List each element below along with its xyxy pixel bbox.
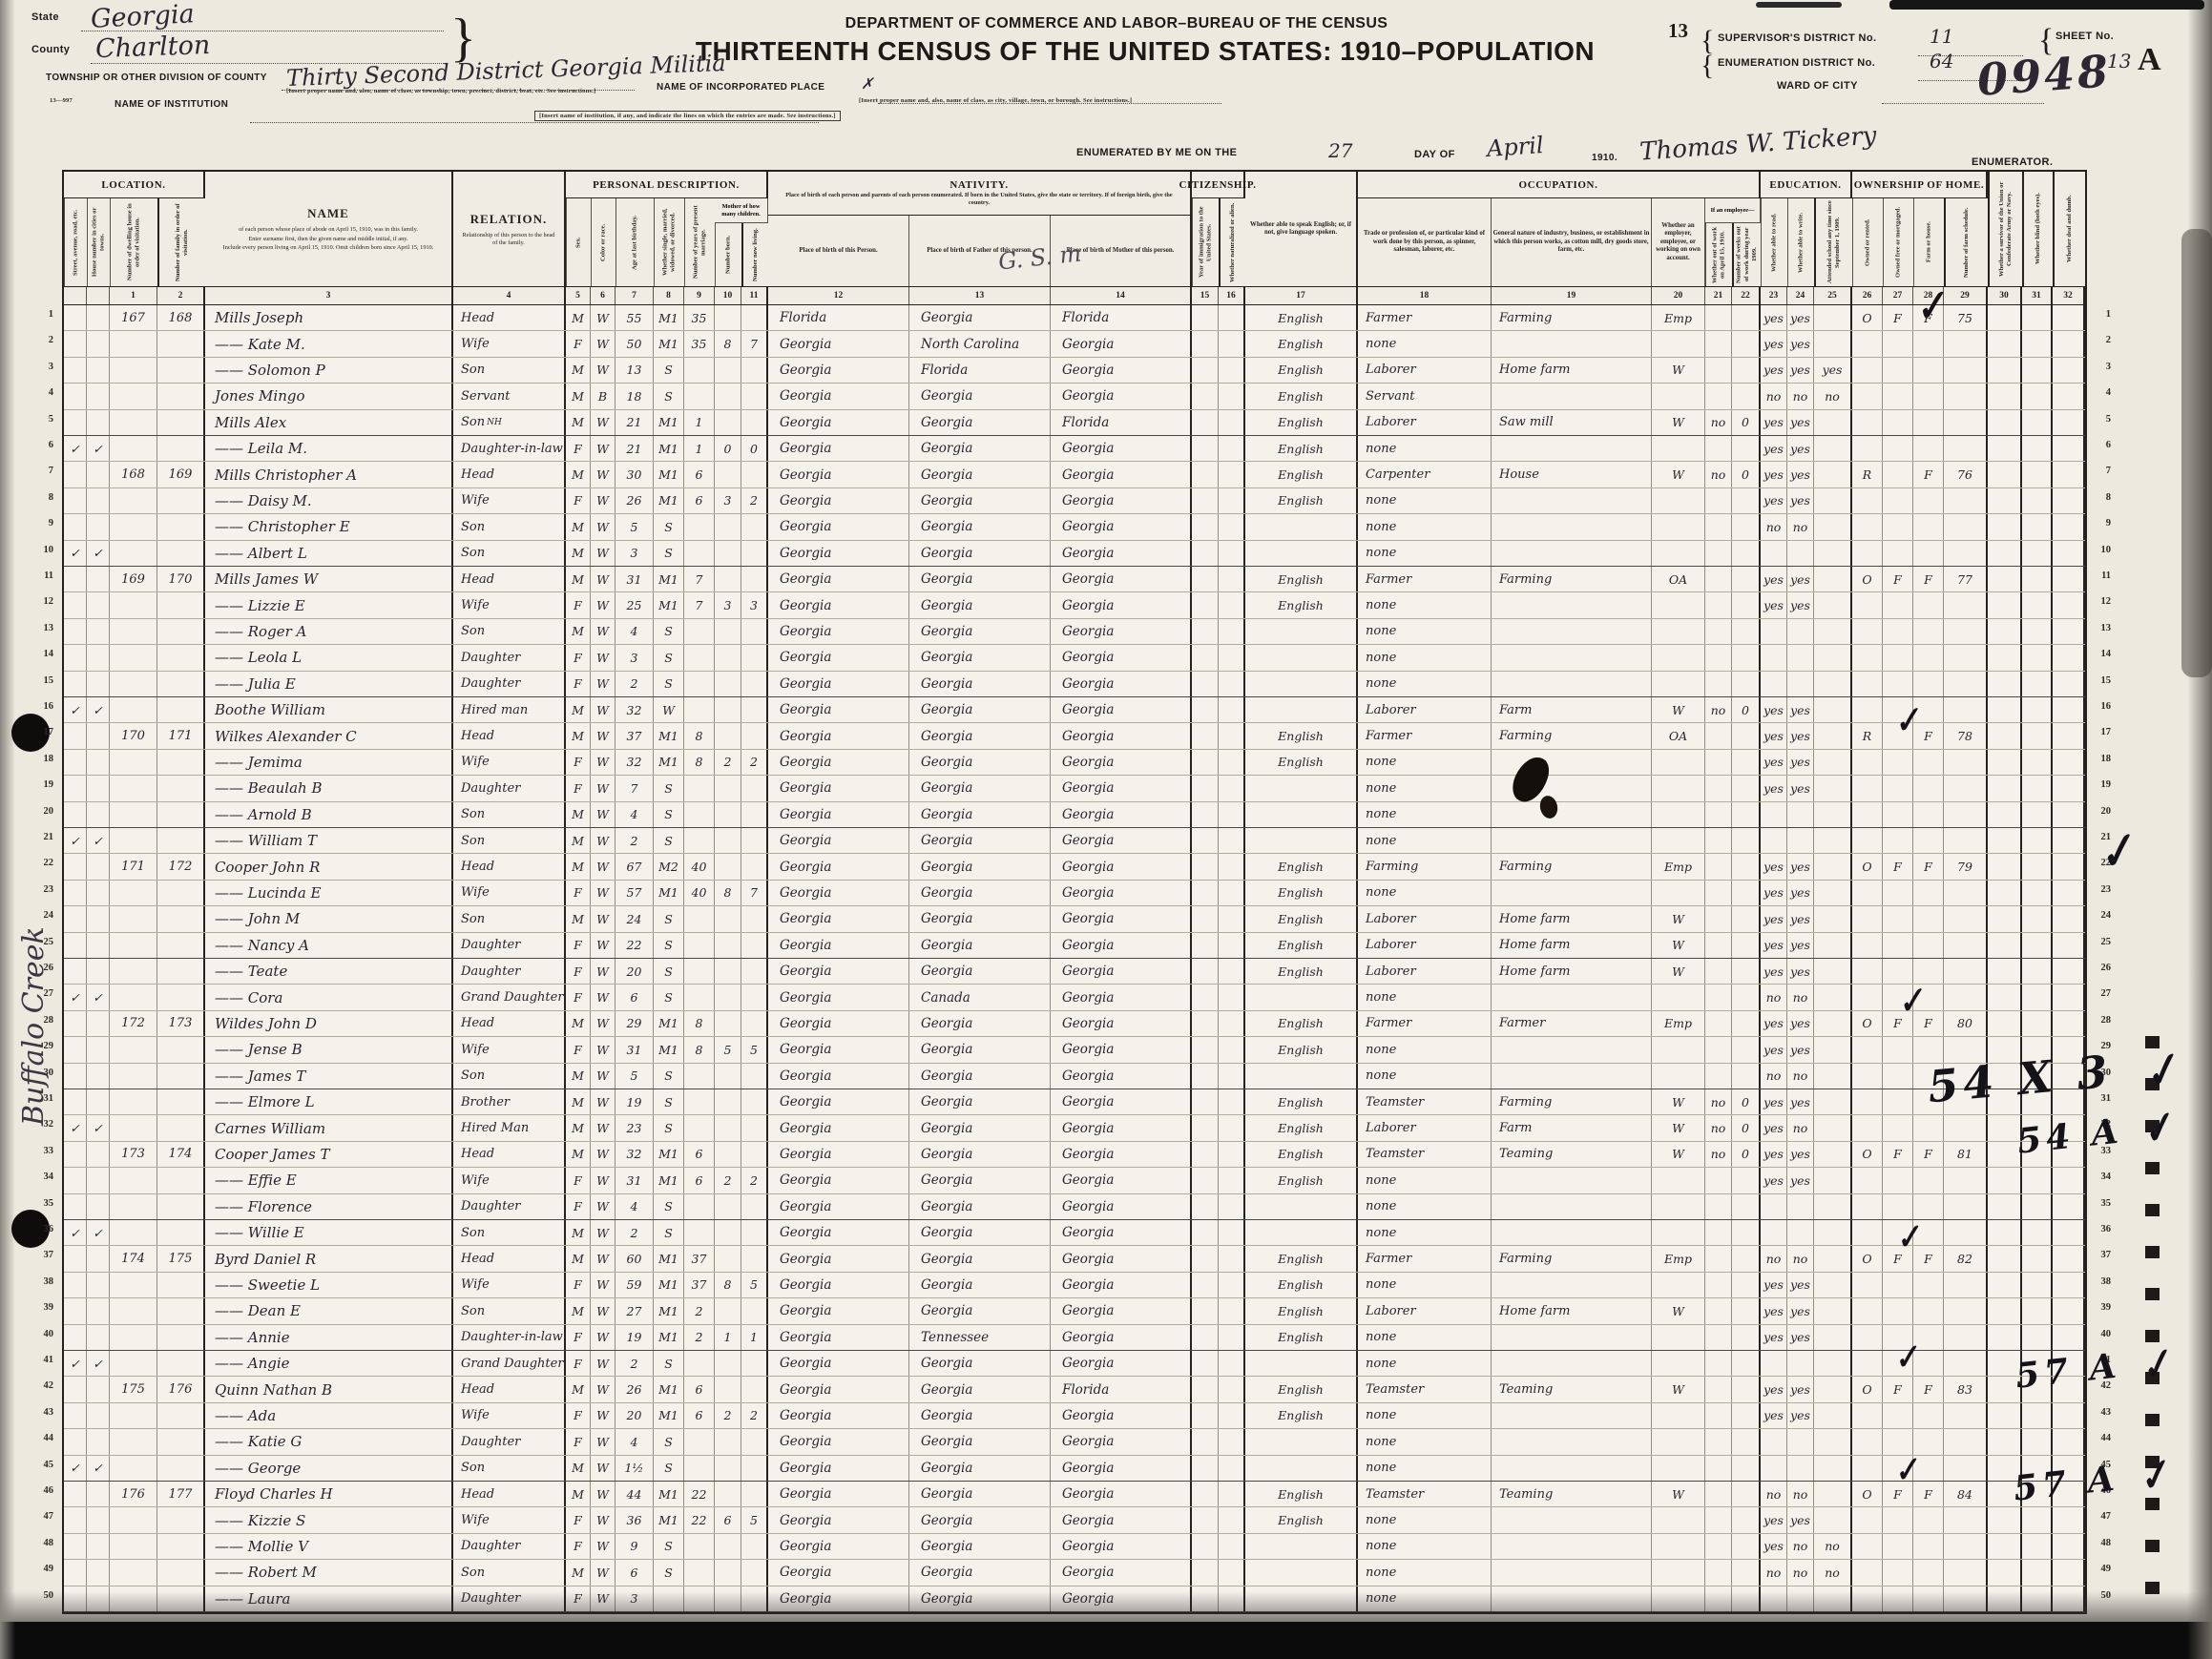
cell-cb: 0: [715, 436, 741, 461]
cell-bm: Georgia: [1051, 1456, 1192, 1481]
cell-cr: W: [591, 1037, 616, 1062]
cell-bp: Georgia: [768, 645, 909, 670]
cell-ym: 2: [684, 1298, 715, 1323]
cell-ow: no: [1705, 697, 1732, 722]
table-row: Jones MingoServantMB18SGeorgiaGeorgiaGeo…: [64, 384, 2085, 409]
cell-ag: 55: [616, 305, 654, 330]
cell-bp: Georgia: [768, 802, 909, 827]
cell-cb: [715, 1011, 741, 1036]
column-group-title: CITIZENSHIP.: [1179, 179, 1256, 191]
cell-o2: [1883, 1534, 1913, 1559]
cell-o2: [1883, 619, 1913, 644]
cell-df: [2053, 854, 2085, 879]
cell-em: [1652, 384, 1705, 408]
cell-cw: [1988, 828, 2022, 853]
cell-bl: [2022, 959, 2053, 984]
cell-in: Home farm: [1492, 959, 1652, 984]
column-subgroup-ie: If an employee—: [1705, 198, 1761, 223]
column-header-wr: Whether able to write.: [1787, 198, 1814, 286]
cell-ym: [684, 828, 715, 853]
cell-cb: [715, 1220, 741, 1245]
cell-o1: [1852, 488, 1883, 513]
cell-bm: Georgia: [1051, 1429, 1192, 1454]
cell-na: [1219, 697, 1245, 722]
cell-ag: 4: [616, 1194, 654, 1219]
line-number-left: 37: [34, 1250, 53, 1260]
cell-bf: Georgia: [909, 410, 1051, 435]
cell-cr: W: [591, 881, 616, 905]
cell-em: [1652, 592, 1705, 617]
cell-cr: W: [591, 802, 616, 827]
cell-tr: Farmer: [1358, 1246, 1492, 1271]
cell-ag: 5: [616, 1064, 654, 1089]
cell-o3: [1913, 802, 1944, 827]
page-title: THIRTEENTH CENSUS OF THE UNITED STATES: …: [668, 36, 1622, 67]
cell-st: [64, 462, 87, 487]
cell-tr: none: [1358, 1273, 1492, 1297]
cell-cb: [715, 1194, 741, 1219]
cell-wr: yes: [1787, 959, 1814, 984]
line-number-left: 48: [34, 1538, 53, 1548]
cell-st: [64, 1377, 87, 1401]
cell-fm: [157, 541, 205, 566]
cell-cw: [1988, 567, 2022, 591]
cell-tr: none: [1358, 1220, 1492, 1245]
cell-o1: [1852, 881, 1883, 905]
column-header-cw: Whether a survivor of the Union or Confe…: [1988, 172, 2022, 286]
cell-cl: [741, 1011, 768, 1036]
cell-wr: no: [1787, 384, 1814, 408]
cell-o3: [1913, 645, 1944, 670]
cell-in: Farming: [1492, 305, 1652, 330]
table-row: —— Solomon PSonMW13SGeorgiaFloridaGeorgi…: [64, 358, 2085, 384]
cell-na: [1219, 1011, 1245, 1036]
cell-iy: [1192, 1246, 1219, 1271]
cell-o3: F: [1913, 462, 1944, 487]
table-row: —— Lucinda EWifeFW57M14087GeorgiaGeorgia…: [64, 881, 2085, 906]
cell-bl: [2022, 619, 2053, 644]
cell-wk: [1732, 619, 1761, 644]
cell-em: W: [1652, 1377, 1705, 1401]
line-number-left: 8: [34, 492, 53, 503]
cell-iy: [1192, 1429, 1219, 1454]
cell-wk: [1732, 1246, 1761, 1271]
cell-in: [1492, 436, 1652, 461]
cell-cb: [715, 1456, 741, 1481]
cell-bf: Georgia: [909, 567, 1051, 591]
cell-na: [1219, 1273, 1245, 1297]
cell-na: [1219, 1037, 1245, 1062]
cell-rd: yes: [1761, 1534, 1787, 1559]
cell-em: [1652, 331, 1705, 356]
column-header-df: Whether deaf and dumb.: [2053, 172, 2085, 286]
cell-ag: 7: [616, 776, 654, 800]
cell-o1: [1852, 1194, 1883, 1219]
cell-mr: M1: [654, 1403, 684, 1428]
column-number-in: 19: [1492, 287, 1652, 304]
cell-o3: [1913, 1115, 1944, 1140]
cell-rl: Grand Daughter: [453, 985, 566, 1009]
cell-na: [1219, 410, 1245, 435]
cell-ym: 8: [684, 723, 715, 748]
cell-hn: [87, 410, 110, 435]
cell-tr: none: [1358, 828, 1492, 853]
cell-o4: [1944, 541, 1988, 566]
cell-hn: [87, 514, 110, 539]
cell-iy: [1192, 1482, 1219, 1506]
line-number-left: 9: [34, 518, 53, 529]
cell-ym: 6: [684, 1377, 715, 1401]
cell-sc: [1814, 776, 1852, 800]
cell-o3: [1913, 1403, 1944, 1428]
cell-o2: [1883, 1037, 1913, 1062]
cell-hn: [87, 619, 110, 644]
cell-o1: [1852, 697, 1883, 722]
cell-sc: [1814, 1507, 1852, 1532]
cell-cl: [741, 410, 768, 435]
cell-o2: [1883, 1194, 1913, 1219]
cell-rl: Head: [453, 854, 566, 879]
column-header-cb: Number born.: [715, 223, 741, 286]
cell-ym: [684, 358, 715, 383]
cell-en: [1245, 1351, 1358, 1376]
cell-mr: W: [654, 697, 684, 722]
cell-cw: [1988, 959, 2022, 984]
cell-na: [1219, 514, 1245, 539]
table-row: —— Arnold BSonMW4SGeorgiaGeorgiaGeorgian…: [64, 802, 2085, 828]
cell-o1: [1852, 1534, 1883, 1559]
cell-fm: [157, 802, 205, 827]
cell-sc: no: [1814, 1534, 1852, 1559]
cell-bm: Georgia: [1051, 1037, 1192, 1062]
cell-tr: Laborer: [1358, 697, 1492, 722]
column-number-dw: 1: [110, 287, 157, 304]
column-group-ed: EDUCATION.: [1761, 172, 1852, 198]
cell-em: W: [1652, 462, 1705, 487]
cell-nm: —— Katie G: [205, 1429, 453, 1454]
cell-mr: M1: [654, 723, 684, 748]
cell-o2: [1883, 592, 1913, 617]
cell-bl: [2022, 358, 2053, 383]
enumerator-signature: Thomas W. Tickery: [1638, 121, 1877, 166]
cell-wk: [1732, 645, 1761, 670]
cell-na: [1219, 959, 1245, 984]
cell-ym: [684, 1456, 715, 1481]
cell-fm: [157, 1037, 205, 1062]
cell-rl: Servant: [453, 384, 566, 408]
cell-rd: yes: [1761, 592, 1787, 617]
cell-ag: 36: [616, 1507, 654, 1532]
cell-fm: [157, 436, 205, 461]
column-number-ow: 21: [1705, 287, 1732, 304]
cell-sx: M: [566, 514, 591, 539]
table-row: ✓✓—— Leila M.Daughter-in-lawFW21M1100Geo…: [64, 436, 2085, 462]
cell-cw: [1988, 1507, 2022, 1532]
cell-cw: [1988, 358, 2022, 383]
cell-iy: [1192, 1560, 1219, 1585]
line-number-right: 12: [2092, 596, 2111, 607]
line-number-right: 16: [2092, 701, 2111, 712]
cell-sx: M: [566, 1246, 591, 1271]
relation-superscript: NH: [487, 418, 502, 427]
cell-o4: [1944, 1534, 1988, 1559]
cell-cb: [715, 567, 741, 591]
cell-o4: [1944, 1168, 1988, 1192]
cell-cb: [715, 358, 741, 383]
cell-o1: [1852, 985, 1883, 1009]
cell-o1: R: [1852, 723, 1883, 748]
cell-o1: [1852, 1456, 1883, 1481]
cell-fm: [157, 488, 205, 513]
cell-nm: Mills Alex: [205, 410, 453, 435]
line-number-right: 1: [2092, 309, 2111, 320]
cell-o2: [1883, 1560, 1913, 1585]
cell-o4: [1944, 1429, 1988, 1454]
cell-en: English: [1245, 1273, 1358, 1297]
cell-wk: [1732, 1534, 1761, 1559]
column-number-hn: [87, 287, 110, 304]
cell-ym: [684, 802, 715, 827]
cell-bl: [2022, 1194, 2053, 1219]
cell-mr: M1: [654, 1246, 684, 1271]
cell-en: English: [1245, 305, 1358, 330]
cell-dw: 173: [110, 1142, 157, 1167]
cell-ag: 13: [616, 358, 654, 383]
column-header-em: Whether an employer, employee, or workin…: [1652, 198, 1705, 286]
cell-in: Farm: [1492, 1115, 1652, 1140]
cell-dw: [110, 1534, 157, 1559]
cell-ow: [1705, 1482, 1732, 1506]
cell-cr: W: [591, 1560, 616, 1585]
cell-wk: [1732, 1168, 1761, 1192]
cell-cr: W: [591, 906, 616, 931]
line-number-left: 44: [34, 1433, 53, 1443]
cell-em: [1652, 1507, 1705, 1532]
cell-cr: W: [591, 723, 616, 748]
cell-hn: [87, 488, 110, 513]
cell-o1: [1852, 514, 1883, 539]
cell-wk: [1732, 1011, 1761, 1036]
cell-fm: [157, 410, 205, 435]
cell-bf: Georgia: [909, 1220, 1051, 1245]
cell-ag: 27: [616, 1298, 654, 1323]
cell-cl: 7: [741, 881, 768, 905]
cell-mr: M1: [654, 1325, 684, 1350]
incorporated-label: NAME OF INCORPORATED PLACE: [657, 82, 824, 93]
scan-blotch: [2181, 229, 2212, 677]
cell-bl: [2022, 750, 2053, 775]
cell-iy: [1192, 1507, 1219, 1532]
cell-ym: [684, 906, 715, 931]
cell-fm: [157, 1064, 205, 1089]
cell-dw: [110, 959, 157, 984]
cell-o4: [1944, 776, 1988, 800]
cell-mr: M1: [654, 1168, 684, 1192]
cell-nm: —— George: [205, 1456, 453, 1481]
cell-sx: M: [566, 906, 591, 931]
line-number-right: 37: [2092, 1250, 2111, 1260]
cell-en: [1245, 985, 1358, 1009]
cell-in: [1492, 750, 1652, 775]
cell-bm: Georgia: [1051, 723, 1192, 748]
cell-ag: 26: [616, 1377, 654, 1401]
cell-sc: [1814, 723, 1852, 748]
cell-bf: Florida: [909, 358, 1051, 383]
cell-rd: [1761, 1351, 1787, 1376]
cell-cr: W: [591, 959, 616, 984]
cell-o4: 77: [1944, 567, 1988, 591]
column-number-en: 17: [1245, 287, 1358, 304]
cell-na: [1219, 1325, 1245, 1350]
cell-df: [2053, 410, 2085, 435]
cell-wr: yes: [1787, 1298, 1814, 1323]
cell-mr: S: [654, 933, 684, 958]
cell-rl: Son: [453, 1064, 566, 1089]
cell-cl: [741, 1429, 768, 1454]
cell-df: [2053, 1168, 2085, 1192]
cell-ag: 44: [616, 1482, 654, 1506]
cell-rd: no: [1761, 985, 1787, 1009]
cell-rd: yes: [1761, 488, 1787, 513]
cell-rl: Daughter-in-law: [453, 1325, 566, 1350]
cell-rl: Son: [453, 358, 566, 383]
enumerated-prefix: ENUMERATED BY ME ON THE: [1076, 147, 1237, 158]
column-header-text: Relationship of this person to the head …: [454, 232, 563, 247]
line-number-right: 10: [2092, 545, 2111, 555]
line-number-right: 24: [2092, 910, 2111, 921]
cell-na: [1219, 1194, 1245, 1219]
cell-o3: [1913, 1194, 1944, 1219]
cell-wr: no: [1787, 1115, 1814, 1140]
line-number-left: 15: [34, 675, 53, 686]
cell-bf: Georgia: [909, 1273, 1051, 1297]
cell-ag: 6: [616, 1560, 654, 1585]
cell-mr: M1: [654, 1507, 684, 1532]
cell-cr: W: [591, 645, 616, 670]
cell-na: [1219, 541, 1245, 566]
cell-en: [1245, 514, 1358, 539]
column-group-title: LOCATION.: [101, 179, 165, 191]
cell-tr: none: [1358, 436, 1492, 461]
cell-o3: [1913, 1325, 1944, 1350]
cell-bl: [2022, 462, 2053, 487]
cell-bf: Georgia: [909, 1377, 1051, 1401]
cell-ow: [1705, 567, 1732, 591]
cell-dw: [110, 358, 157, 383]
cell-dw: [110, 1507, 157, 1532]
cell-mr: S: [654, 1115, 684, 1140]
cell-em: [1652, 672, 1705, 696]
cell-em: [1652, 436, 1705, 461]
cell-cb: 5: [715, 1037, 741, 1062]
cell-o1: O: [1852, 1142, 1883, 1167]
cell-tr: Teamster: [1358, 1377, 1492, 1401]
cell-wk: 0: [1732, 462, 1761, 487]
cell-o4: [1944, 672, 1988, 696]
cell-cb: 3: [715, 592, 741, 617]
cell-mr: S: [654, 802, 684, 827]
cell-bf: Georgia: [909, 750, 1051, 775]
column-header-hn: House number in cities or towns.: [87, 198, 110, 286]
cell-sx: F: [566, 592, 591, 617]
column-header-iy: Year of immigration to the United States…: [1192, 198, 1219, 286]
cell-nm: —— Leola L: [205, 645, 453, 670]
cell-mr: M1: [654, 1037, 684, 1062]
column-header-st: Street, avenue, road, etc.: [64, 198, 87, 286]
cell-hn: [87, 358, 110, 383]
cell-st: [64, 619, 87, 644]
line-number-right: 50: [2092, 1590, 2111, 1601]
cell-bp: Georgia: [768, 1089, 909, 1114]
cell-bf: Georgia: [909, 1037, 1051, 1062]
cell-st: [64, 1064, 87, 1089]
cell-cb: [715, 828, 741, 853]
cell-na: [1219, 1351, 1245, 1376]
cell-bm: Georgia: [1051, 1220, 1192, 1245]
cell-cb: 2: [715, 750, 741, 775]
cell-em: Emp: [1652, 1246, 1705, 1271]
cell-na: [1219, 358, 1245, 383]
cell-o3: [1913, 1507, 1944, 1532]
cell-bl: [2022, 514, 2053, 539]
cell-dw: [110, 906, 157, 931]
cell-sc: [1814, 959, 1852, 984]
cell-mr: S: [654, 985, 684, 1009]
line-number-right: 28: [2092, 1015, 2111, 1026]
table-row: 172173Wildes John DHeadMW29M18GeorgiaGeo…: [64, 1011, 2085, 1037]
cell-tr: none: [1358, 802, 1492, 827]
cell-o4: [1944, 933, 1988, 958]
column-header-o3: Farm or house.: [1913, 198, 1944, 286]
cell-cr: W: [591, 1168, 616, 1192]
cell-o4: [1944, 514, 1988, 539]
cell-mr: S: [654, 1456, 684, 1481]
cell-in: [1492, 1064, 1652, 1089]
cell-en: English: [1245, 881, 1358, 905]
cell-cb: [715, 802, 741, 827]
cell-o1: O: [1852, 1011, 1883, 1036]
cell-fm: 177: [157, 1482, 205, 1506]
cell-fm: [157, 906, 205, 931]
cell-rd: [1761, 645, 1787, 670]
cell-cw: [1988, 1298, 2022, 1323]
cell-sc: [1814, 1220, 1852, 1245]
cell-ag: 24: [616, 906, 654, 931]
cell-tr: none: [1358, 1429, 1492, 1454]
cell-tr: none: [1358, 592, 1492, 617]
cell-bf: Georgia: [909, 1403, 1051, 1428]
cell-hn: [87, 933, 110, 958]
cell-ow: [1705, 1273, 1732, 1297]
table-row: 175176Quinn Nathan BHeadMW26M16GeorgiaGe…: [64, 1377, 2085, 1402]
cell-cb: 8: [715, 881, 741, 905]
cell-hn: [87, 1325, 110, 1350]
cell-fm: [157, 331, 205, 356]
column-header-text: Enter surname first, then the given name…: [242, 236, 413, 243]
cell-bm: Georgia: [1051, 592, 1192, 617]
cell-fm: 171: [157, 723, 205, 748]
cell-rd: no: [1761, 1482, 1787, 1506]
cell-nm: Byrd Daniel R: [205, 1246, 453, 1271]
cell-dw: [110, 1403, 157, 1428]
cell-bl: [2022, 592, 2053, 617]
cell-tr: none: [1358, 1456, 1492, 1481]
cell-en: English: [1245, 1507, 1358, 1532]
cell-na: [1219, 305, 1245, 330]
cell-ow: [1705, 436, 1732, 461]
cell-tr: none: [1358, 514, 1492, 539]
cell-cl: 5: [741, 1507, 768, 1532]
